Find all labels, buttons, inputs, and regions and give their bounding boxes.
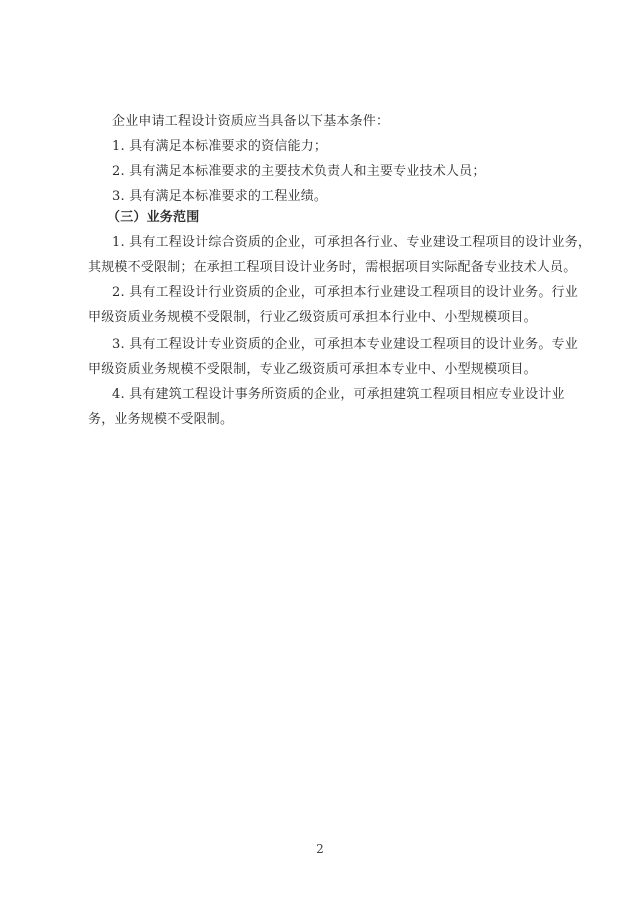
section-heading: （三）业务范围 <box>107 210 199 226</box>
page-number: 2 <box>0 842 640 856</box>
scope-paragraph-3-line-2: 甲级资质业务规模不受限制，专业乙级资质可承担本专业中、小型规模项目。 <box>88 362 537 378</box>
intro-text: 企业申请工程设计资质应当具备以下基本条件： <box>112 114 389 130</box>
scope-paragraph-2-line-2: 甲级资质业务规模不受限制，行业乙级资质可承担本行业中、小型规模项目。 <box>88 310 537 326</box>
scope-paragraph-1-line-1: 1. 具有工程设计综合资质的企业，可承担各行业、专业建设工程项目的设计业务， <box>112 235 591 251</box>
scope-paragraph-1-line-2: 其规模不受限制；在承担工程项目设计业务时，需根据项目实际配备专业技术人员。 <box>88 260 576 276</box>
scope-paragraph-3-line-1: 3. 具有工程设计专业资质的企业，可承担本专业建设工程项目的设计业务。专业 <box>112 337 578 353</box>
scope-paragraph-4-line-1: 4. 具有建筑工程设计事务所资质的企业，可承担建筑工程项目相应专业设计业 <box>112 387 565 403</box>
condition-2: 2. 具有满足本标准要求的主要技术负责人和主要专业技术人员； <box>112 164 486 180</box>
document-page: 企业申请工程设计资质应当具备以下基本条件： 1. 具有满足本标准要求的资信能力；… <box>0 0 640 905</box>
condition-1: 1. 具有满足本标准要求的资信能力； <box>112 139 327 155</box>
condition-3: 3. 具有满足本标准要求的工程业绩。 <box>112 189 327 205</box>
scope-paragraph-4-line-2: 务，业务规模不受限制。 <box>88 412 233 428</box>
scope-paragraph-2-line-1: 2. 具有工程设计行业资质的企业，可承担本行业建设工程项目的设计业务。行业 <box>112 285 578 301</box>
